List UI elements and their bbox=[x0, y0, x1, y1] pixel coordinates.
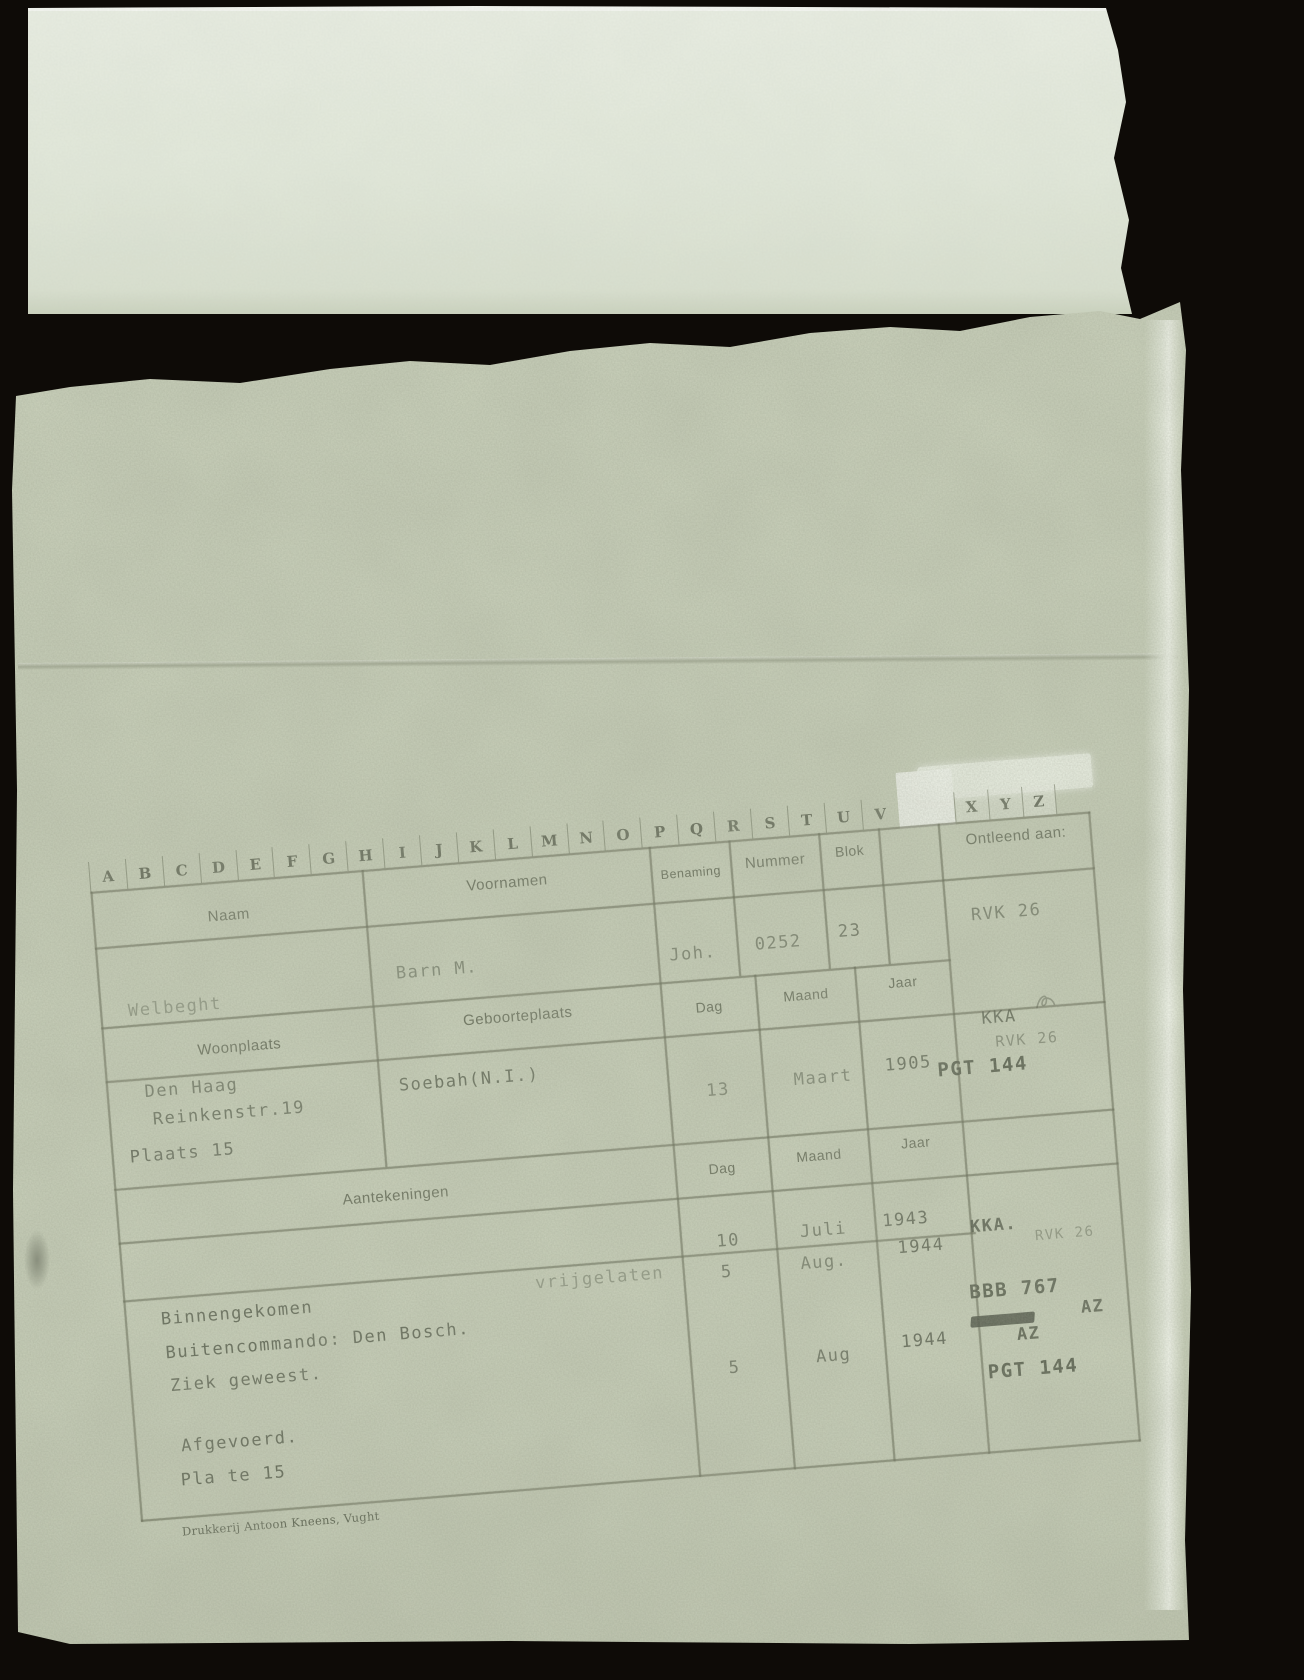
field-label-dag: Dag bbox=[661, 995, 757, 1019]
stamp-az-1: AZ bbox=[1080, 1296, 1105, 1318]
field-label-voornamen: Voornamen bbox=[363, 863, 651, 903]
stamp-rvk: RVK 26 bbox=[995, 1028, 1059, 1051]
index-card-form: ABCDEFGHIJKLMNOPQRSTUVXYZ Naam Voornamen bbox=[88, 781, 1152, 1576]
entry1-maand-b: Aug. bbox=[800, 1250, 848, 1274]
value-blok: 23 bbox=[837, 920, 862, 942]
alphabet-tab-N: N bbox=[566, 821, 605, 854]
entry2-dag: 5 bbox=[728, 1357, 741, 1378]
alphabet-tab-D: D bbox=[198, 850, 237, 883]
grid-line bbox=[754, 975, 796, 1470]
entry2-jaar: 1944 bbox=[900, 1329, 948, 1353]
raised-blank-tab bbox=[895, 768, 955, 828]
stamp-rvk-2: RVK 26 bbox=[1034, 1223, 1095, 1244]
alphabet-tab-Z: Z bbox=[1021, 784, 1057, 817]
entry3-afgevoerd: Afgevoerd. bbox=[180, 1427, 299, 1456]
field-label-dag: Dag bbox=[674, 1156, 770, 1180]
entry1-jaar-a: 1943 bbox=[882, 1208, 930, 1232]
field-label-nummer: Nummer bbox=[730, 849, 821, 873]
alphabet-tab-L: L bbox=[492, 826, 531, 859]
field-label-ontleend-aan: Ontleend aan: bbox=[940, 822, 1091, 851]
alphabet-tab-V: V bbox=[860, 797, 899, 830]
value-naam: Welbeght bbox=[127, 994, 222, 1021]
entry2-maand: Aug bbox=[815, 1344, 852, 1367]
value-woonplaats-line3: Plaats 15 bbox=[129, 1139, 236, 1167]
alphabet-tab-B: B bbox=[125, 856, 164, 889]
stamp-az-2: AZ bbox=[1016, 1323, 1041, 1345]
alphabet-tab-P: P bbox=[640, 815, 679, 848]
alphabet-tab-K: K bbox=[456, 829, 495, 862]
alphabet-tab-X: X bbox=[953, 790, 989, 823]
entry1-maand-a: Juli bbox=[799, 1218, 847, 1242]
value-ontleend-rvk: RVK 26 bbox=[970, 900, 1042, 926]
value-benaming: Joh. bbox=[669, 942, 717, 966]
paper-stain bbox=[24, 1230, 50, 1290]
stamp-pgt: PGT 144 bbox=[937, 1052, 1029, 1081]
field-label-aantekeningen: Aantekeningen bbox=[116, 1165, 676, 1227]
alphabet-tab-M: M bbox=[529, 824, 568, 857]
alphabet-tab-A: A bbox=[88, 859, 127, 892]
alphabet-tab-U: U bbox=[823, 800, 862, 833]
value-voornamen: Barn M. bbox=[395, 957, 478, 984]
value-geboorte-maand: Maart bbox=[793, 1065, 853, 1090]
field-label-maand: Maand bbox=[768, 1143, 869, 1167]
alphabet-tab-T: T bbox=[787, 803, 826, 836]
alphabet-tab-C: C bbox=[162, 853, 201, 886]
field-label-maand: Maand bbox=[755, 983, 856, 1007]
grid-line bbox=[141, 1439, 1141, 1521]
value-geboorte-dag: 13 bbox=[706, 1079, 731, 1101]
value-nummer: 0252 bbox=[754, 931, 802, 955]
stamp-kka-2: KKA. bbox=[969, 1214, 1017, 1238]
field-label-blok: Blok bbox=[819, 841, 880, 862]
handwritten-mark bbox=[1032, 991, 1060, 1015]
stamp-bbb: BBB 767 bbox=[968, 1274, 1060, 1303]
background-sheet bbox=[28, 6, 1150, 314]
alphabet-tab-E: E bbox=[235, 847, 274, 880]
alphabet-tab-J: J bbox=[419, 832, 458, 865]
alphabet-tab-F: F bbox=[272, 844, 311, 877]
field-label-woonplaats: Woonplaats bbox=[103, 1028, 375, 1067]
alphabet-tab-G: G bbox=[309, 841, 348, 874]
alphabet-tab-H: H bbox=[345, 838, 384, 871]
sheet-edge-highlight bbox=[28, 6, 1150, 11]
alphabet-tab-O: O bbox=[603, 818, 642, 851]
field-label-jaar: Jaar bbox=[868, 1131, 964, 1155]
entry1-dag-b: 5 bbox=[720, 1262, 733, 1283]
value-woonplaats-line2: Reinkenstr.19 bbox=[152, 1097, 306, 1129]
entry1-dag-a: 10 bbox=[716, 1230, 741, 1252]
alphabet-tab-Y: Y bbox=[987, 787, 1023, 820]
entry3-plaats: Pla te 15 bbox=[180, 1462, 287, 1490]
entry1-binnengekomen: Binnengekomen bbox=[160, 1297, 314, 1329]
value-geboorte-jaar: 1905 bbox=[884, 1052, 932, 1076]
entry2-ziek-geweest: Ziek geweest. bbox=[169, 1364, 323, 1396]
field-label-jaar: Jaar bbox=[855, 970, 951, 994]
grid-line bbox=[90, 892, 143, 1522]
field-label-benaming: Benaming bbox=[650, 863, 731, 883]
alphabet-tab-S: S bbox=[750, 806, 789, 839]
grid-line bbox=[878, 828, 891, 964]
alphabet-tab-I: I bbox=[382, 835, 421, 868]
page-edge-strip bbox=[1144, 320, 1184, 1610]
grid-line bbox=[1088, 811, 1141, 1441]
value-geboorteplaats: Soebah(N.I.) bbox=[398, 1065, 540, 1096]
stamp-pgt-2: PGT 144 bbox=[987, 1354, 1079, 1383]
paper-fold-line bbox=[18, 653, 1178, 670]
scanned-document-page: { "page": { "background_color": "#0e0b07… bbox=[0, 0, 1304, 1680]
stamp-kka: KKA bbox=[981, 1006, 1018, 1029]
alphabet-tab-R: R bbox=[713, 809, 752, 842]
entry1-jaar-b: 1944 bbox=[897, 1235, 945, 1259]
alphabet-tab-Q: Q bbox=[676, 812, 715, 845]
registration-card-sheet: ABCDEFGHIJKLMNOPQRSTUVXYZ Naam Voornamen bbox=[10, 290, 1198, 1648]
